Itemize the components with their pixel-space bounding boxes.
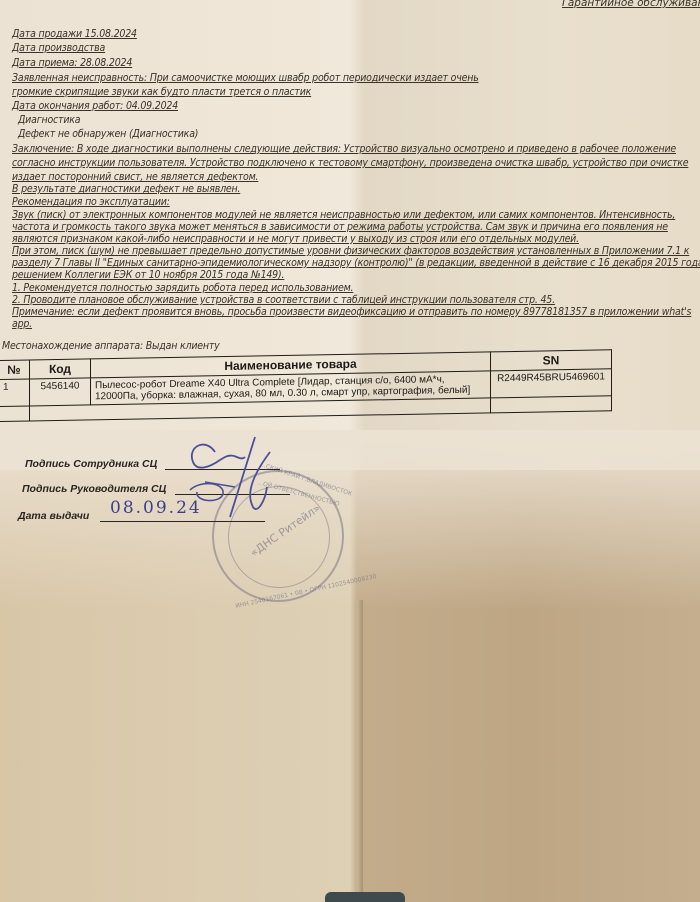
device-location: Местонахождение аппарата: Выдан клиенту	[2, 340, 220, 352]
receipt-date: Дата приема: 28.08.2024	[12, 57, 132, 69]
production-date: Дата производства	[12, 42, 105, 54]
recommendation-note: Примечание: если дефект проявится вновь,…	[12, 306, 691, 318]
conclusion-line-2: согласно инструкции пользователя. Устрой…	[12, 157, 688, 169]
cell-sn: R2449R45BRU5469601	[491, 369, 612, 398]
sale-date: Дата продажи 15.08.2024	[12, 28, 137, 40]
recommendation-item-2: 2. Проводите плановое обслуживание устро…	[12, 294, 555, 306]
items-table: № Код Наименование товара SN 1 5456140 П…	[0, 349, 612, 422]
recommendation-line: разделу 7 Главы II "Единых санитарно-эпи…	[12, 257, 700, 269]
col-header-sn: SN	[491, 350, 612, 371]
cell-code: 5456140	[30, 378, 91, 406]
col-header-code: Код	[30, 359, 91, 379]
background-surface	[325, 892, 405, 902]
conclusion-line-1: Заключение: В ходе диагностики выполнены…	[12, 143, 676, 155]
cell-empty	[491, 396, 612, 413]
diagnostics-result: Дефект не обнаружен (Диагностика)	[18, 128, 198, 140]
declared-fault-line-1: Заявленная неисправность: При самоочистк…	[12, 72, 479, 84]
conclusion-line-3: издает посторонний свист, не является де…	[12, 171, 258, 183]
cell-num: 1	[0, 379, 30, 407]
recommendation-note-end: app.	[12, 318, 32, 330]
signature-scribble	[175, 432, 285, 522]
employee-signature-label: Подпись Сотрудника СЦ	[25, 458, 157, 470]
service-type-header: Гарантийное обслуживание	[562, 0, 700, 9]
declared-fault-line-2: громкие скрипящие звуки как будто пласти…	[12, 86, 311, 98]
recommendation-line: Звук (писк) от электронных компонентов м…	[12, 209, 675, 221]
col-header-num: №	[0, 360, 30, 380]
recommendation-line: решением Коллегии ЕЭК от 10 ноября 2015 …	[12, 269, 284, 281]
paper-fold	[357, 600, 363, 902]
recommendation-line: При этом, писк (шум) не превышает предел…	[12, 245, 689, 257]
recommendation-item-1: 1. Рекомендуется полностью зарядить робо…	[12, 282, 353, 294]
recommendation-title: Рекомендация по эксплуатации:	[12, 196, 170, 208]
issue-date-label: Дата выдачи	[18, 510, 89, 522]
completion-date: Дата окончания работ: 04.09.2024	[12, 100, 178, 112]
recommendation-line: частота и громкость такого звука может м…	[12, 221, 668, 233]
manager-signature-label: Подпись Руководителя СЦ	[22, 483, 166, 495]
diagnostics-title: Диагностика	[18, 114, 80, 126]
diagnostics-summary: В результате диагностики дефект не выявл…	[12, 183, 240, 195]
cell-empty	[0, 406, 30, 422]
recommendation-line: являются признаком какой-либо неисправно…	[12, 233, 579, 245]
